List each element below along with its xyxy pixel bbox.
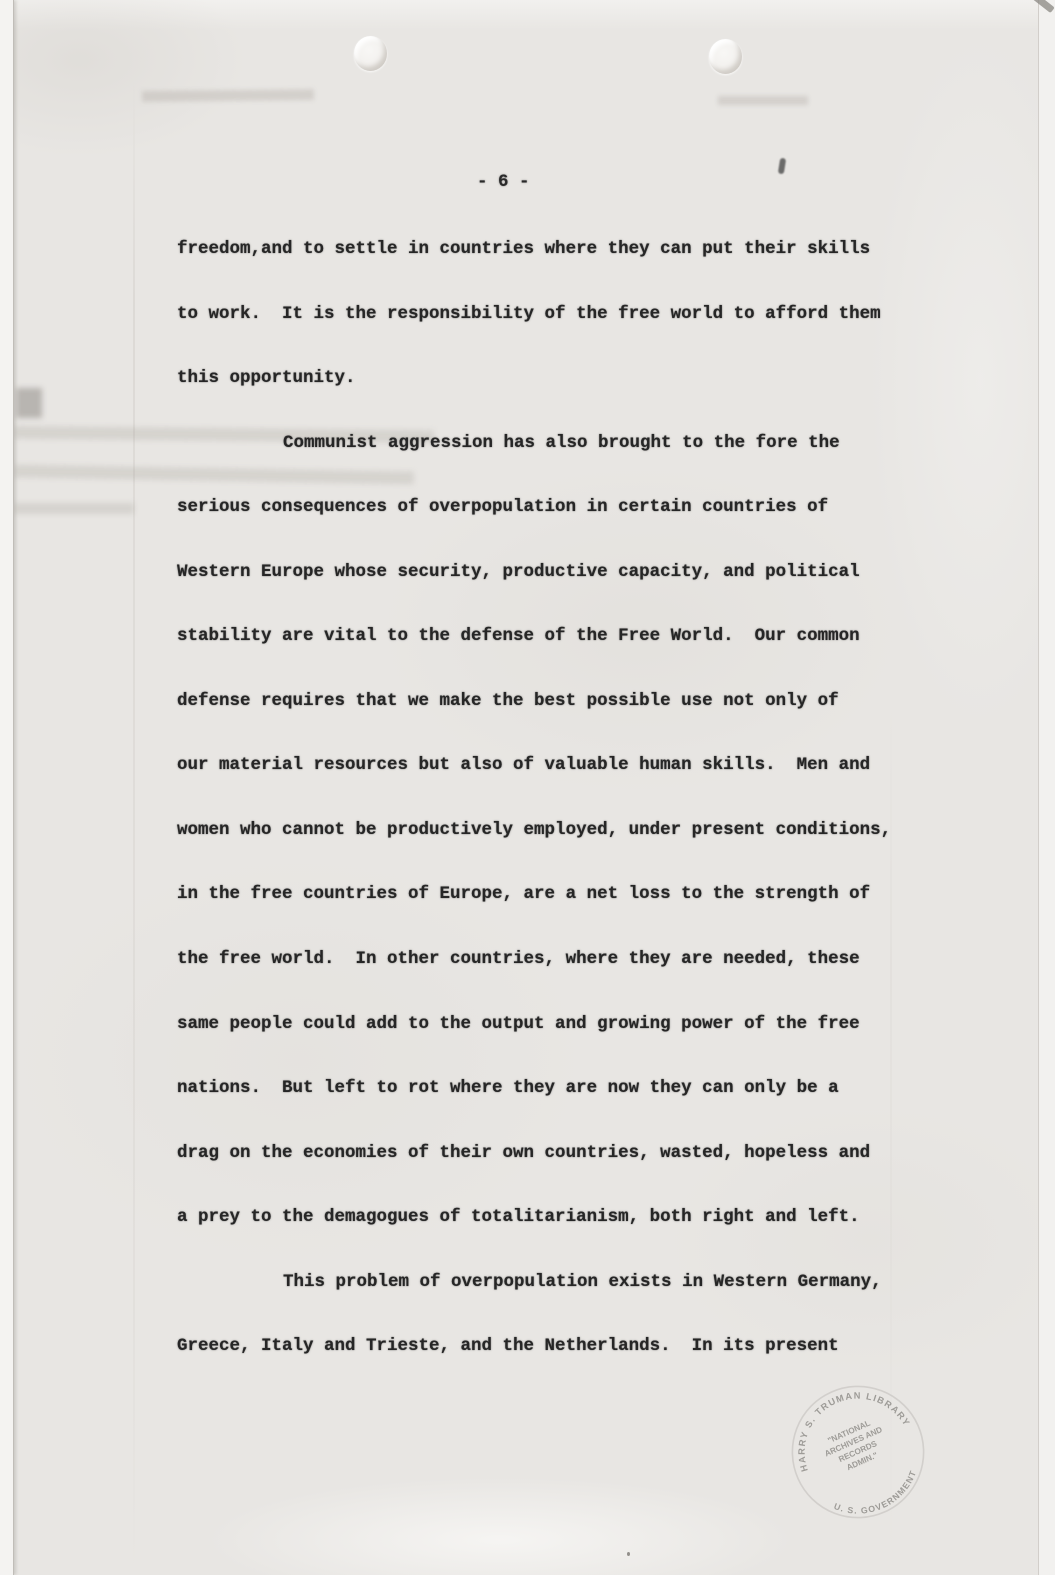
scan-backing-right-edge (1038, 0, 1055, 1575)
text-line: defense requires that we make the best p… (177, 669, 917, 734)
text-line: our material resources but also of valua… (177, 733, 917, 798)
bleedthrough-mark (718, 96, 808, 105)
text-line: Western Europe whose security, productiv… (177, 540, 917, 605)
text-line: Greece, Italy and Trieste, and the Nethe… (177, 1314, 917, 1379)
text-line: women who cannot be productively employe… (177, 798, 917, 863)
paper-crease-left (133, 80, 135, 1575)
punch-hole-right (709, 39, 742, 74)
text-line: stability are vital to the defense of th… (177, 604, 917, 669)
smudge-mark (16, 388, 42, 418)
text-line: This problem of overpopulation exists in… (177, 1250, 917, 1315)
text-line: nations. But left to rot where they are … (177, 1056, 917, 1121)
text-line: this opportunity. (177, 346, 917, 411)
scanned-document-page: - 6 - freedom,and to settle in countries… (0, 0, 1055, 1575)
ink-speck (627, 1552, 630, 1556)
text-line: drag on the economies of their own count… (177, 1121, 917, 1186)
text-line: freedom,and to settle in countries where… (177, 217, 917, 282)
text-line: in the free countries of Europe, are a n… (177, 862, 917, 927)
document-body: freedom,and to settle in countries where… (177, 217, 917, 1379)
scan-backing-left-edge (0, 0, 14, 1575)
smudge-mark (14, 503, 134, 514)
punch-hole-left (354, 36, 387, 71)
text-line: to work. It is the responsibility of the… (177, 282, 917, 347)
text-line: Communist aggression has also brought to… (177, 411, 917, 476)
page-number: - 6 - (477, 172, 530, 192)
bleedthrough-mark (142, 89, 314, 102)
text-line: the free world. In other countries, wher… (177, 927, 917, 992)
text-line: a prey to the demagogues of totalitarian… (177, 1185, 917, 1250)
text-line: same people could add to the output and … (177, 992, 917, 1057)
text-line: serious consequences of overpopulation i… (177, 475, 917, 540)
